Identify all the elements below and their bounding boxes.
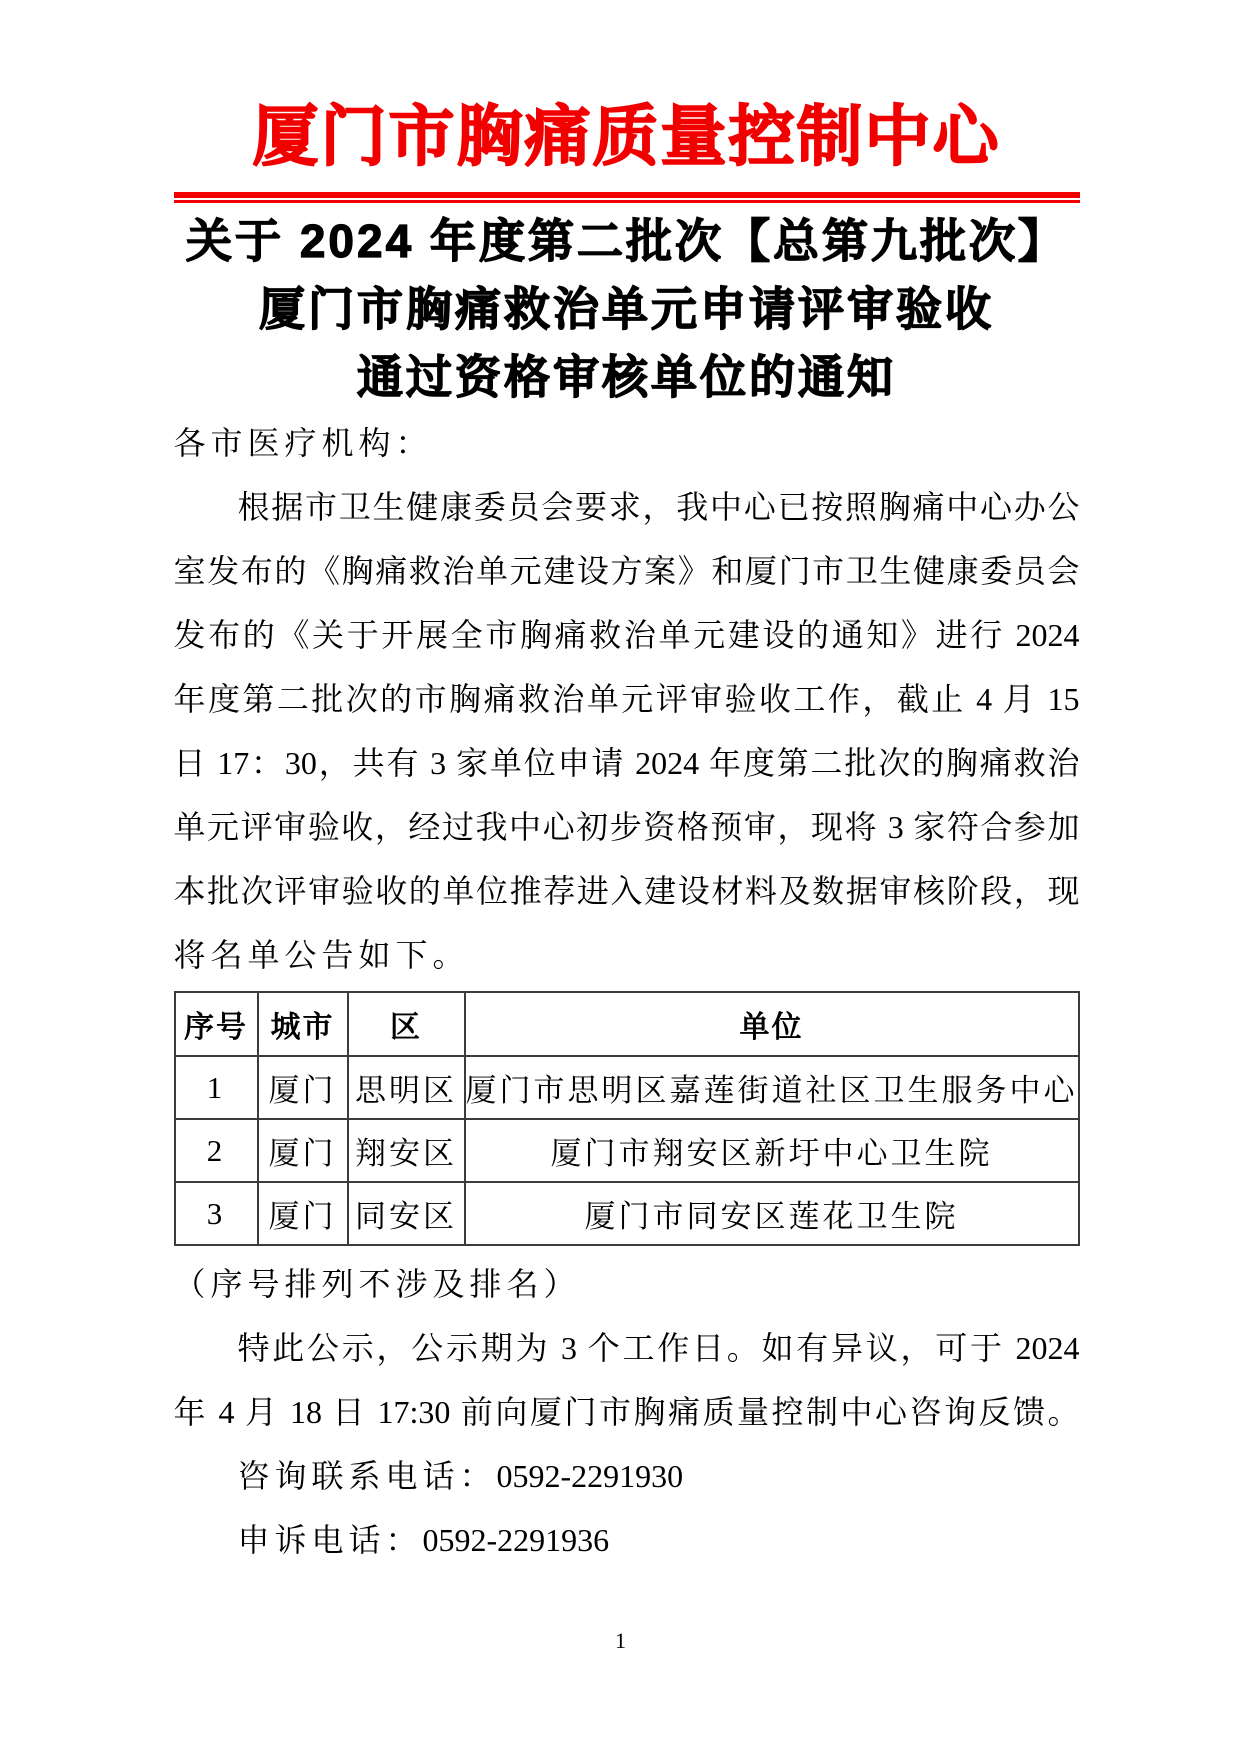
- cell-city: 厦门: [258, 1119, 348, 1182]
- letterhead-rule-thin: [174, 200, 1080, 203]
- cell-unit: 厦门市同安区莲花卫生院: [465, 1182, 1079, 1245]
- units-table: 序号 城市 区 单位 1 厦门 思明区 厦门市思明区嘉莲街道社区卫生服务中心 2…: [174, 991, 1080, 1246]
- contact-phone-line: 咨询联系电话：0592-2291930: [174, 1444, 1080, 1508]
- table-row: 3 厦门 同安区 厦门市同安区莲花卫生院: [175, 1182, 1079, 1245]
- body-line-4: 年度第二批次的市胸痛救治单元评审验收工作，截止 4 月 15: [174, 667, 1080, 731]
- salutation: 各市医疗机构：: [174, 411, 1080, 475]
- cell-seq: 1: [175, 1056, 258, 1119]
- body-line-2: 室发布的《胸痛救治单元建设方案》和厦门市卫生健康委员会: [174, 539, 1080, 603]
- document-title-line-1: 关于 2024 年度第二批次【总第九批次】: [174, 207, 1080, 275]
- cell-district: 思明区: [348, 1056, 465, 1119]
- cell-unit: 厦门市思明区嘉莲街道社区卫生服务中心: [465, 1056, 1079, 1119]
- cell-district: 翔安区: [348, 1119, 465, 1182]
- table-header-unit: 单位: [465, 992, 1079, 1056]
- body-line-6: 单元评审验收，经过我中心初步资格预审，现将 3 家符合参加: [174, 795, 1080, 859]
- document-content: 厦门市胸痛质量控制中心 关于 2024 年度第二批次【总第九批次】 厦门市胸痛救…: [174, 88, 1080, 1572]
- body-line-5: 日 17：30，共有 3 家单位申请 2024 年度第二批次的胸痛救治: [174, 731, 1080, 795]
- cell-unit: 厦门市翔安区新圩中心卫生院: [465, 1119, 1079, 1182]
- table-header-city: 城市: [258, 992, 348, 1056]
- ranking-note: （序号排列不涉及排名）: [174, 1252, 1080, 1316]
- cell-district: 同安区: [348, 1182, 465, 1245]
- body-line-7: 本批次评审验收的单位推荐进入建设材料及数据审核阶段，现: [174, 859, 1080, 923]
- closing-line-1: 特此公示，公示期为 3 个工作日。如有异议，可于 2024: [174, 1316, 1080, 1380]
- document-title-line-2: 厦门市胸痛救治单元申请评审验收: [174, 275, 1080, 343]
- document-title-line-3: 通过资格审核单位的通知: [174, 343, 1080, 411]
- document-page: 厦门市胸痛质量控制中心 关于 2024 年度第二批次【总第九批次】 厦门市胸痛救…: [0, 0, 1241, 1754]
- appeal-phone-number: 0592-2291936: [423, 1522, 610, 1558]
- appeal-phone-label: 申诉电话：: [238, 1522, 423, 1558]
- closing-line-2: 年 4 月 18 日 17:30 前向厦门市胸痛质量控制中心咨询反馈。: [174, 1380, 1080, 1444]
- cell-seq: 3: [175, 1182, 258, 1245]
- body-line-1: 根据市卫生健康委员会要求，我中心已按照胸痛中心办公: [174, 475, 1080, 539]
- table-header-seq: 序号: [175, 992, 258, 1056]
- document-body: 各市医疗机构： 根据市卫生健康委员会要求，我中心已按照胸痛中心办公 室发布的《胸…: [174, 411, 1080, 987]
- appeal-phone-line: 申诉电话：0592-2291936: [174, 1508, 1080, 1572]
- letterhead-rule: [174, 192, 1080, 203]
- table-row: 1 厦门 思明区 厦门市思明区嘉莲街道社区卫生服务中心: [175, 1056, 1079, 1119]
- cell-seq: 2: [175, 1119, 258, 1182]
- table-row: 2 厦门 翔安区 厦门市翔安区新圩中心卫生院: [175, 1119, 1079, 1182]
- table-header-row: 序号 城市 区 单位: [175, 992, 1079, 1056]
- cell-city: 厦门: [258, 1056, 348, 1119]
- letterhead-title: 厦门市胸痛质量控制中心: [174, 88, 1080, 188]
- page-number: 1: [0, 1628, 1241, 1654]
- table-header-district: 区: [348, 992, 465, 1056]
- contact-phone-number: 0592-2291930: [497, 1458, 684, 1494]
- cell-city: 厦门: [258, 1182, 348, 1245]
- body-line-3: 发布的《关于开展全市胸痛救治单元建设的通知》进行 2024: [174, 603, 1080, 667]
- document-title: 关于 2024 年度第二批次【总第九批次】 厦门市胸痛救治单元申请评审验收 通过…: [174, 207, 1080, 411]
- contact-phone-label: 咨询联系电话：: [238, 1458, 497, 1494]
- body-line-8: 将名单公告如下。: [174, 923, 1080, 987]
